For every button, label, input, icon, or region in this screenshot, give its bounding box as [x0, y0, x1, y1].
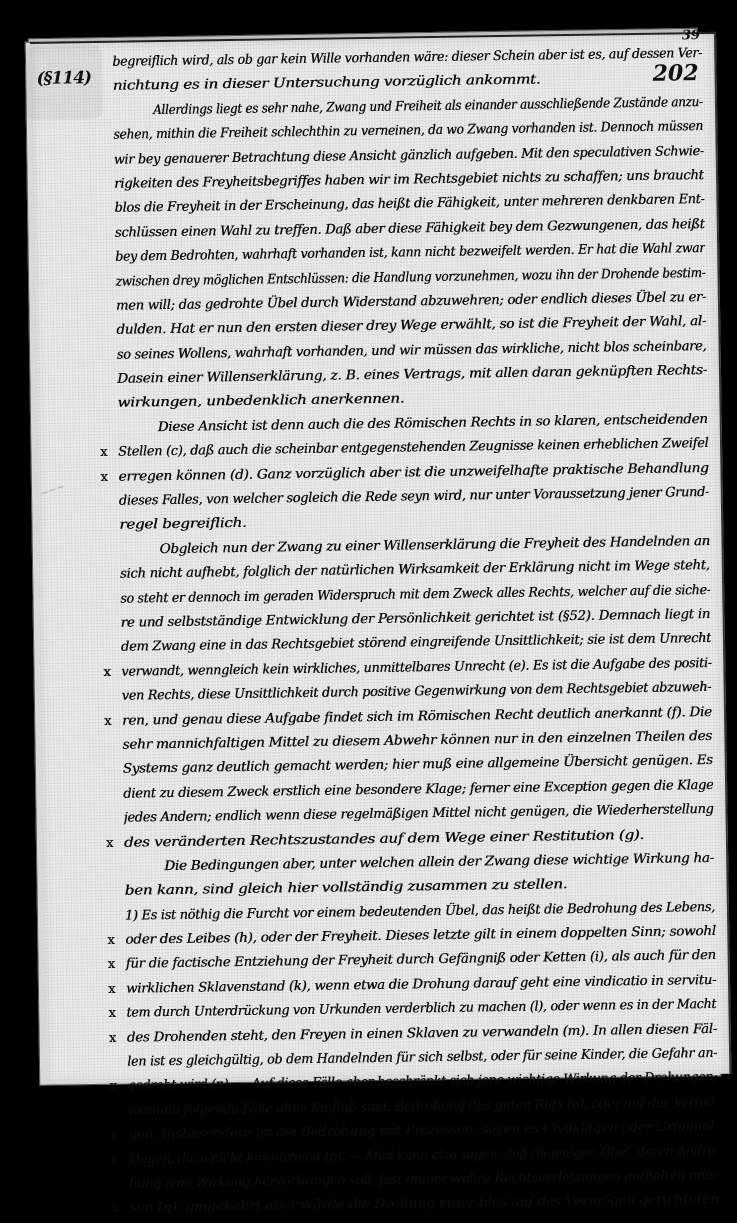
margin-x-mark: x — [109, 1026, 123, 1050]
margin-x-mark: x — [106, 831, 120, 855]
manuscript-page: (§114) 39 202 ~~~ begreiflich wird, als … — [30, 32, 731, 1084]
margin-x-mark: x — [108, 1002, 122, 1026]
margin-pencil-note: ~~~ — [39, 464, 131, 537]
folio-stamp: (§114) — [36, 68, 91, 89]
margin-x-mark: x — [108, 953, 122, 977]
margin-x-mark: x — [103, 661, 117, 685]
margin-x-mark: x — [100, 441, 114, 465]
margin-x-mark: x — [107, 929, 121, 953]
manuscript-scan: (§114) 39 202 ~~~ begreiflich wird, als … — [0, 0, 737, 1111]
margin-x-mark: x — [104, 709, 118, 733]
margin-x-mark: x — [108, 978, 122, 1002]
folio-number-top: 39 — [682, 28, 700, 43]
manuscript-text-body: begreiflich wird, als ob gar kein Wille … — [112, 42, 719, 1111]
manuscript-line-text: regel begreiflich. — [119, 512, 247, 538]
manuscript-line-text: wirkungen, unbedenklich anerkennen. — [117, 388, 404, 416]
margin-x-mark: x — [100, 465, 114, 489]
margin-x-mark: x — [109, 1075, 123, 1099]
